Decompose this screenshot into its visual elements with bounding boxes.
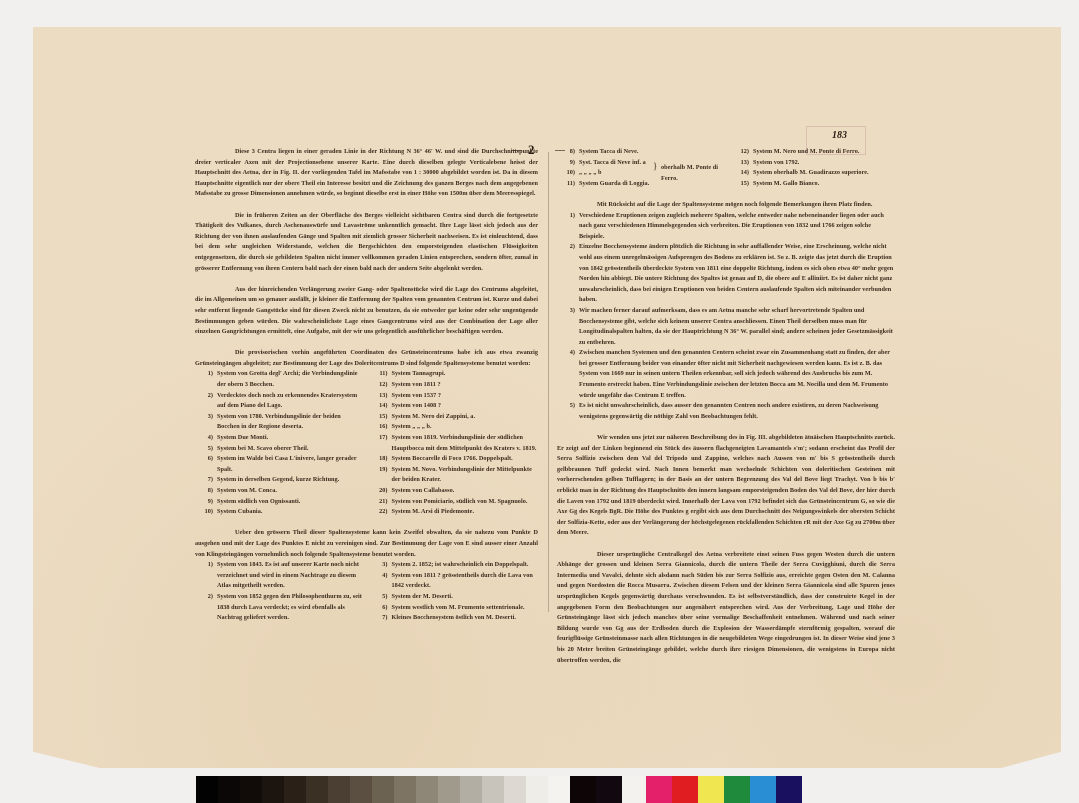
list-item-text: System Due Monti. <box>217 433 364 444</box>
list-item-text: System M. Novo. Verbindungslinie der Mit… <box>392 465 539 486</box>
list-item: 14)System von 1408 ? <box>370 401 539 412</box>
list-item-text: System in derselben Gegend, kurze Richtu… <box>217 475 364 486</box>
color-swatch <box>504 776 526 803</box>
list-item-text: System von 1843. Es ist auf unserer Kart… <box>217 560 364 592</box>
color-swatch <box>394 776 416 803</box>
color-swatch <box>698 776 724 803</box>
list-item-number: 13) <box>731 158 753 169</box>
list-item-number: 1) <box>557 211 579 243</box>
color-swatch <box>438 776 460 803</box>
color-swatch <box>724 776 750 803</box>
list-item-number: 6) <box>195 454 217 475</box>
list-item: 20)System von Callabasso. <box>370 486 539 497</box>
list-item: 22)System M. Arsi di Piedemonte. <box>370 507 539 518</box>
column-divider <box>548 152 549 612</box>
color-swatch <box>350 776 372 803</box>
list-item-number: 9) <box>195 497 217 508</box>
list-item-text: System von 1811 ? grösstentheils durch d… <box>392 571 539 592</box>
list-item: 3)System von 1780. Verbindungslinie der … <box>195 412 364 433</box>
list-item-text: System von 1819. Verbindungslinie der sü… <box>392 433 539 454</box>
stamp-number: 183 <box>832 130 847 141</box>
list-item-text: System Tacca di Neve. <box>579 147 721 158</box>
list-item: 13)System von 1537 ? <box>370 391 539 402</box>
remarks-intro: Mit Rücksicht auf die Lage der Spaltensy… <box>557 200 895 211</box>
list-item-number: 4) <box>370 571 392 592</box>
paragraph-hauptschnitt: Wir wenden uns jetzt zur näheren Beschre… <box>557 433 895 539</box>
list-item: 18)System Boccarelle di Foco 1766. Doppe… <box>370 454 539 465</box>
color-swatch <box>372 776 394 803</box>
list-item-number: 13) <box>370 391 392 402</box>
list-item-number: 7) <box>195 475 217 486</box>
list-item-text: System 2. 1852; ist wahrscheinlich ein D… <box>392 560 539 571</box>
list-item: 1)System von 1843. Es ist auf unserer Ka… <box>195 560 364 592</box>
list-item-text: System von Pomiciario, südlich von M. Sp… <box>392 497 539 508</box>
list-item-number: 9) <box>557 158 579 169</box>
list-item-number: 7) <box>370 613 392 624</box>
list-item-number: 5) <box>370 592 392 603</box>
list-item-number: 19) <box>370 465 392 486</box>
list-item-number: 12) <box>731 147 753 158</box>
color-swatch <box>646 776 672 803</box>
paragraph-centrum-derivation: Aus der hinreichenden Verlängerung zweie… <box>195 285 538 338</box>
color-calibration-bar <box>196 776 802 803</box>
paragraph-centra: Diese 3 Centra liegen in einer geraden L… <box>195 147 538 200</box>
left-column: Diese 3 Centra liegen in einer geraden L… <box>195 147 538 624</box>
list-item-number: 14) <box>731 168 753 179</box>
list-item-number: 15) <box>370 412 392 423</box>
paragraph-centra-history: Die in früheren Zeiten an der Oberfläche… <box>195 211 538 275</box>
list-item-text: System von M. Conca. <box>217 486 364 497</box>
list-item: 7)System in derselben Gegend, kurze Rich… <box>195 475 364 486</box>
color-swatch <box>570 776 596 803</box>
list-item-text: System Boccarelle di Foco 1766. Doppelsp… <box>392 454 539 465</box>
brace-icon: } <box>653 161 657 172</box>
list-item-number: 1) <box>195 560 217 592</box>
color-swatch <box>750 776 776 803</box>
list-item: 5)Es ist nicht unwahrscheinlich, dass au… <box>557 401 895 422</box>
color-swatch <box>306 776 328 803</box>
list-item-text: Kleines Bocchensystem östlich von M. Des… <box>392 613 539 624</box>
list-item-number: 21) <box>370 497 392 508</box>
continued-systems-list-right: 12)System M. Nero und M. Ponte di Ferro.… <box>721 147 895 189</box>
list-item: 8)System Tacca di Neve. <box>557 147 721 158</box>
list-item: 12)System M. Nero und M. Ponte di Ferro. <box>731 147 895 158</box>
list-item-text: System von 1792. <box>753 158 895 169</box>
klingstein-systems-list-right: 3)System 2. 1852; ist wahrscheinlich ein… <box>364 560 539 624</box>
list-item: 11)System Tannagrupi. <box>370 369 539 380</box>
list-item: 8)System von M. Conca. <box>195 486 364 497</box>
list-item: 5)System der M. Deserti. <box>370 592 539 603</box>
list-item: 3)Wir machen ferner darauf aufmerksam, d… <box>557 306 895 348</box>
list-item: 15)System M. Nero dei Zappini, a. <box>370 412 539 423</box>
list-item-text: System westlich vom M. Frumento settentr… <box>392 603 539 614</box>
list-item-number: 2) <box>195 391 217 412</box>
list-item: 12)System von 1811 ? <box>370 380 539 391</box>
list-item-number: 8) <box>195 486 217 497</box>
list-item-text: System bei M. Scavo oberer Theil. <box>217 444 364 455</box>
color-swatch <box>672 776 698 803</box>
brace-label: oberhalb M. Ponte di Ferro. <box>661 163 721 184</box>
list-item-text: System von 1852 gegen den Philosophenthu… <box>217 592 364 624</box>
list-item-text: System der M. Deserti. <box>392 592 539 603</box>
list-item-number: 2) <box>557 242 579 306</box>
list-item-text: Wir machen ferner darauf aufmerksam, das… <box>579 306 895 348</box>
color-swatch <box>416 776 438 803</box>
list-item: 4)System von 1811 ? grösstentheils durch… <box>370 571 539 592</box>
list-item-number: 6) <box>370 603 392 614</box>
color-swatch <box>526 776 548 803</box>
list-item-text: System Tannagrupi. <box>392 369 539 380</box>
dolerit-systems-list-left: 1)System von Grotta degl' Archi; die Ver… <box>195 369 364 517</box>
color-swatch <box>284 776 306 803</box>
list-item-number: 20) <box>370 486 392 497</box>
list-item-text: System von Grotta degl' Archi; die Verbi… <box>217 369 364 390</box>
list-item-text: System südlich von Ognissanti. <box>217 497 364 508</box>
list-item: 19)System M. Novo. Verbindungslinie der … <box>370 465 539 486</box>
list-item: 1)System von Grotta degl' Archi; die Ver… <box>195 369 364 390</box>
list-item: 4)System Due Monti. <box>195 433 364 444</box>
list-item-text: System M. Gallo Bianco. <box>753 179 895 190</box>
color-swatch <box>460 776 482 803</box>
list-item-text: System Cubania. <box>217 507 364 518</box>
paragraph-centralkegel: Dieser ursprüngliche Centralkegel des Ae… <box>557 550 895 667</box>
list-item: 2)Verdecktes doch noch zu erkennendes Kr… <box>195 391 364 412</box>
list-item-text: System im Walde bei Casa L'inivere, lang… <box>217 454 364 475</box>
list-item-number: 4) <box>557 348 579 401</box>
color-swatch <box>548 776 570 803</box>
color-swatch <box>218 776 240 803</box>
list-item: 3)System 2. 1852; ist wahrscheinlich ein… <box>370 560 539 571</box>
list-item-number: 3) <box>195 412 217 433</box>
color-swatch <box>596 776 622 803</box>
remarks-list: 1)Verschiedene Eruptionen zeigen zugleic… <box>557 211 895 423</box>
list-item-text: Verdecktes doch noch zu erkennendes Krat… <box>217 391 364 412</box>
list-item-number: 18) <box>370 454 392 465</box>
list-item: 1)Verschiedene Eruptionen zeigen zugleic… <box>557 211 895 243</box>
list-item-text: Verschiedene Eruptionen zeigen zugleich … <box>579 211 895 243</box>
list-item-number: 5) <box>195 444 217 455</box>
list-item-number: 14) <box>370 401 392 412</box>
list-item-text: System oberhalb M. Guadirazzo superiore. <box>753 168 895 179</box>
color-swatch <box>622 776 646 803</box>
list-item: 9)System südlich von Ognissanti. <box>195 497 364 508</box>
list-item: 14)System oberhalb M. Guadirazzo superio… <box>731 168 895 179</box>
dolerit-systems-list: 1)System von Grotta degl' Archi; die Ver… <box>195 369 538 517</box>
list-item-text: System von 1537 ? <box>392 391 539 402</box>
list-item: 17)System von 1819. Verbindungslinie der… <box>370 433 539 454</box>
continued-systems-list: 8)System Tacca di Neve.9)Syst. Tacca di … <box>557 147 895 189</box>
list-item: 21)System von Pomiciario, südlich von M.… <box>370 497 539 508</box>
color-swatch <box>196 776 218 803</box>
list-item: 2)Einzelne Bocchensysteme ändern plötzli… <box>557 242 895 306</box>
list-item-text: System von 1811 ? <box>392 380 539 391</box>
list-item: 16)System „ „ „ b. <box>370 422 539 433</box>
list-item-text: Einzelne Bocchensysteme ändern plötzlich… <box>579 242 895 306</box>
list-item-number: 15) <box>731 179 753 190</box>
paragraph-dolerit-systems-intro: Die provisorischen vorhin angeführten Co… <box>195 348 538 369</box>
list-item-number: 17) <box>370 433 392 454</box>
list-item-number: 1) <box>195 369 217 390</box>
list-item-text: System von Callabasso. <box>392 486 539 497</box>
list-item-text: Es ist nicht unwahrscheinlich, dass auss… <box>579 401 895 422</box>
paragraph-klingstein-intro: Ueber den grössern Theil dieser Spaltens… <box>195 528 538 560</box>
list-item-number: 3) <box>370 560 392 571</box>
list-item: 6)System westlich vom M. Frumento setten… <box>370 603 539 614</box>
list-item-text: System von 1408 ? <box>392 401 539 412</box>
list-item-text: System M. Arsi di Piedemonte. <box>392 507 539 518</box>
list-item-text: System M. Nero dei Zappini, a. <box>392 412 539 423</box>
list-item-number: 12) <box>370 380 392 391</box>
list-item-text: Zwischen manchen Systemen und den genann… <box>579 348 895 401</box>
list-item-number: 2) <box>195 592 217 624</box>
list-item-text: System „ „ „ b. <box>392 422 539 433</box>
list-item: 4)Zwischen manchen Systemen und den gena… <box>557 348 895 401</box>
color-swatch <box>328 776 350 803</box>
list-item-number: 4) <box>195 433 217 444</box>
continued-systems-list-left: 8)System Tacca di Neve.9)Syst. Tacca di … <box>557 147 721 189</box>
klingstein-systems-list: 1)System von 1843. Es ist auf unserer Ka… <box>195 560 538 624</box>
dolerit-systems-list-right: 11)System Tannagrupi.12)System von 1811 … <box>364 369 539 517</box>
list-item-number: 10) <box>195 507 217 518</box>
list-item: 15)System M. Gallo Bianco. <box>731 179 895 190</box>
color-swatch <box>482 776 504 803</box>
list-item-number: 11) <box>370 369 392 380</box>
list-item-number: 16) <box>370 422 392 433</box>
list-item-number: 3) <box>557 306 579 348</box>
right-column: 8)System Tacca di Neve.9)Syst. Tacca di … <box>557 147 895 666</box>
list-item: 7)Kleines Bocchensystem östlich von M. D… <box>370 613 539 624</box>
list-item-number: 10) <box>557 168 579 179</box>
list-item-number: 22) <box>370 507 392 518</box>
paper-sheet <box>33 27 1061 768</box>
list-item-number: 5) <box>557 401 579 422</box>
list-item: 5)System bei M. Scavo oberer Theil. <box>195 444 364 455</box>
color-swatch <box>776 776 802 803</box>
color-swatch <box>262 776 284 803</box>
list-item: 6)System im Walde bei Casa L'inivere, la… <box>195 454 364 475</box>
list-item-text: System von 1780. Verbindungslinie der be… <box>217 412 364 433</box>
klingstein-systems-list-left: 1)System von 1843. Es ist auf unserer Ka… <box>195 560 364 624</box>
color-swatch <box>240 776 262 803</box>
list-item: 13)System von 1792. <box>731 158 895 169</box>
list-item-text: System M. Nero und M. Ponte di Ferro. <box>753 147 895 158</box>
list-item: 2)System von 1852 gegen den Philosophent… <box>195 592 364 624</box>
list-item-number: 11) <box>557 179 579 190</box>
list-item-number: 8) <box>557 147 579 158</box>
list-item: 10)System Cubania. <box>195 507 364 518</box>
